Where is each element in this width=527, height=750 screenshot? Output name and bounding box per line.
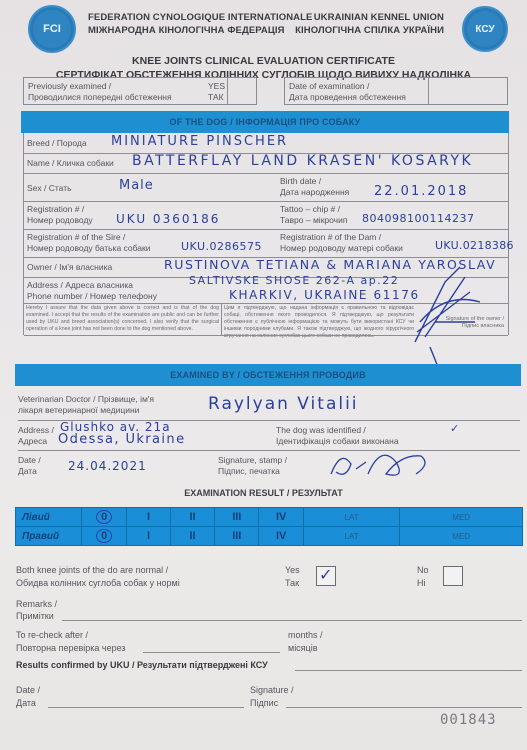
date-of-exam-label-en: Date of examination /: [289, 81, 369, 92]
date-of-exam-label-uk: Дата проведення обстеження: [289, 92, 406, 103]
birth-date-label-en: Birth date /: [280, 176, 321, 187]
identified-check-icon[interactable]: ✓: [450, 422, 461, 435]
fci-logo-icon: FCI: [28, 5, 76, 53]
confirm-signature-label-en: Signature /: [250, 685, 294, 696]
confirm-date-field[interactable]: [48, 707, 244, 708]
registration-value[interactable]: UKU 0360186: [116, 212, 220, 226]
check-mark-icon: ✓: [319, 565, 332, 584]
certificate-page: FCI КСУ FEDERATION CYNOLOGIQUE INTERNATI…: [0, 0, 527, 750]
dam-label-en: Registration # of the Dam /: [280, 232, 381, 243]
months-label-uk: місяців: [288, 643, 318, 654]
result-side-label: Правий: [16, 527, 82, 546]
birth-date-label-uk: Дата народження: [280, 187, 349, 198]
examined-by-section-header: EXAMINED BY / ОБСТЕЖЕННЯ ПРОВОДИВ: [15, 364, 521, 386]
yes-label: Yes: [285, 565, 300, 576]
chip-label-uk: Тавро – мікрочип: [280, 215, 347, 226]
uku-org-name: UKRAINIAN KENNEL UNION КІНОЛОГІЧНА СПІЛК…: [295, 11, 444, 37]
breed-label: Breed / Порода: [27, 138, 87, 149]
grade-option-III[interactable]: III: [215, 508, 259, 527]
grade-option-lat[interactable]: LAT: [303, 508, 399, 527]
owner-phone-label: Phone number / Номер телефону: [27, 291, 157, 302]
grade-option-lat[interactable]: LAT: [303, 527, 399, 546]
grade-option-I[interactable]: I: [127, 527, 171, 546]
vet-name-value[interactable]: Raylyan Vitalii: [208, 394, 359, 414]
recheck-label-uk: Повторна перевірка через: [16, 643, 126, 654]
grade-option-II[interactable]: II: [171, 527, 215, 546]
name-label: Name / Кличка собаки: [27, 158, 114, 169]
vet-signature-label-uk: Підпис, печатка: [218, 466, 280, 477]
examined-by-table: Veterinarian Doctor / Прізвище, ім'я лік…: [18, 392, 520, 482]
grade-option-med[interactable]: MED: [400, 527, 523, 546]
owner-signature-scribble-icon: [405, 262, 485, 372]
fci-name-uk: МІЖНАРОДНА КІНОЛОГІЧНА ФЕДЕРАЦІЯ: [88, 24, 313, 37]
sex-label: Sex / Стать: [27, 183, 72, 194]
exam-date-label-en: Date /: [18, 455, 41, 466]
identified-label-en: The dog was identified /: [276, 425, 366, 436]
divider: [24, 229, 508, 230]
grade-option-IV[interactable]: IV: [259, 508, 303, 527]
grade-option-0[interactable]: 0: [82, 527, 127, 546]
vet-address-label-uk: Адреса: [18, 436, 47, 447]
normal-no-checkbox[interactable]: [443, 566, 463, 586]
date-of-examination-box: Date of examination / Дата проведення об…: [284, 77, 508, 105]
dam-value[interactable]: UKU.0218386: [435, 239, 514, 252]
previously-examined-box: Previously examined / Проводилися попере…: [23, 77, 257, 105]
fci-name-en: FEDERATION CYNOLOGIQUE INTERNATIONALE: [88, 11, 313, 24]
certificate-title-en: KNEE JOINTS CLINICAL EVALUATION CERTIFIC…: [0, 55, 527, 67]
divider: [221, 303, 222, 335]
owner-address-value[interactable]: SALTIVSKE SHOSE 262-A ap.22: [189, 274, 399, 287]
confirm-signature-label-uk: Підпис: [250, 698, 278, 709]
fci-logo-text: FCI: [43, 23, 61, 35]
chip-value[interactable]: 804098100114237: [362, 212, 474, 225]
grade-option-med[interactable]: MED: [400, 508, 523, 527]
owner-address-label: Address / Адреса власника: [27, 280, 133, 291]
confirmation-field[interactable]: [295, 670, 522, 671]
dam-label-uk: Номер родоводу матері собаки: [280, 243, 403, 254]
confirm-date-label-uk: Дата: [16, 698, 36, 709]
grade-option-III[interactable]: III: [215, 527, 259, 546]
sire-value[interactable]: UKU.0286575: [181, 240, 262, 253]
vet-label-en: Veterinarian Doctor / Прізвище, ім'я: [18, 394, 154, 405]
yes-label-en: YES: [208, 81, 225, 92]
registration-label-uk: Номер родоводу: [27, 215, 93, 226]
uku-name-uk: КІНОЛОГІЧНА СПІЛКА УКРАЇНИ: [295, 24, 444, 37]
divider: [24, 201, 508, 202]
grade-option-IV[interactable]: IV: [259, 527, 303, 546]
exam-date-value[interactable]: 24.04.2021: [68, 459, 147, 473]
fci-org-name: FEDERATION CYNOLOGIQUE INTERNATIONALE МІ…: [88, 11, 313, 37]
sire-label-en: Registration # of the Sire /: [27, 232, 125, 243]
divider: [18, 450, 520, 451]
vet-signature-label-en: Signature, stamp /: [218, 455, 287, 466]
remarks-label-uk: Примітки: [16, 611, 54, 622]
confirm-date-label-en: Date /: [16, 685, 40, 696]
result-table: Лівий0IIIIIIIVLATMEDПравий0IIIIIIIVLATME…: [15, 507, 523, 546]
previously-examined-field[interactable]: [228, 78, 256, 104]
dog-section-header: OF THE DOG / ІНФОРМАЦІЯ ПРО СОБАКУ: [21, 111, 509, 133]
declaration-en: Hereby I assure that the data given abov…: [26, 305, 219, 333]
vet-address-label-en: Address /: [18, 425, 54, 436]
no-label-uk: Ні: [417, 578, 426, 589]
remarks-label-en: Remarks /: [16, 599, 57, 610]
uku-name-en: UKRAINIAN KENNEL UNION: [295, 11, 444, 24]
remarks-field[interactable]: [62, 620, 522, 621]
date-of-examination-field[interactable]: [429, 78, 507, 104]
vet-label-uk: лікаря ветеринарної медицини: [18, 405, 139, 416]
divider: [24, 173, 508, 174]
name-value[interactable]: BATTERFLAY LAND KRASEN' KOSARYK: [132, 153, 473, 169]
registration-label-en: Registration # /: [27, 204, 84, 215]
previously-examined-label-uk: Проводилися попередні обстеження: [28, 92, 172, 103]
yes-label-uk: Так: [285, 578, 299, 589]
normal-yes-checkbox[interactable]: ✓: [316, 566, 336, 586]
confirm-signature-field[interactable]: [286, 707, 522, 708]
sire-label-uk: Номер родоводу батька собаки: [27, 243, 150, 254]
previously-examined-label-en: Previously examined /: [28, 81, 111, 92]
chip-label-en: Tattoo – chip # /: [280, 204, 340, 215]
exam-date-label-uk: Дата: [18, 466, 37, 477]
result-row: Правий0IIIIIIIVLATMED: [16, 527, 523, 546]
normal-label-uk: Обидва колінних суглоба собак у нормі: [16, 578, 180, 589]
recheck-months-field[interactable]: [143, 652, 280, 653]
vet-address-line2[interactable]: Odessa, Ukraine: [58, 432, 185, 447]
owner-phone-value[interactable]: KHARKIV, UKRAINE 61176: [229, 288, 420, 302]
yes-label-uk: ТАК: [208, 92, 224, 103]
normal-label-en: Both knee joints of the do are normal /: [16, 565, 168, 576]
vet-signature-scribble-icon: [326, 444, 436, 484]
months-label-en: months /: [288, 630, 323, 641]
breed-value[interactable]: MINIATURE PINSCHER: [111, 134, 288, 149]
grade-option-I[interactable]: I: [127, 508, 171, 527]
sex-value[interactable]: Male: [119, 178, 154, 193]
uku-logo-text: КСУ: [475, 24, 494, 35]
confirmation-label: Results confirmed by UKU / Результати пі…: [16, 660, 268, 670]
result-side-label: Лівий: [16, 508, 82, 527]
grade-option-0[interactable]: 0: [82, 508, 127, 527]
result-row: Лівий0IIIIIIIVLATMED: [16, 508, 523, 527]
serial-number: 001843: [440, 712, 497, 728]
owner-label: Owner / Ім'я власника: [27, 262, 112, 273]
uku-logo-icon: КСУ: [462, 6, 508, 52]
no-label: No: [417, 565, 429, 576]
grade-option-II[interactable]: II: [171, 508, 215, 527]
birth-date-value[interactable]: 22.01.2018: [374, 184, 468, 199]
result-section-title: EXAMINATION RESULT / РЕЗУЛЬТАТ: [0, 488, 527, 498]
recheck-label-en: To re-check after /: [16, 630, 88, 641]
